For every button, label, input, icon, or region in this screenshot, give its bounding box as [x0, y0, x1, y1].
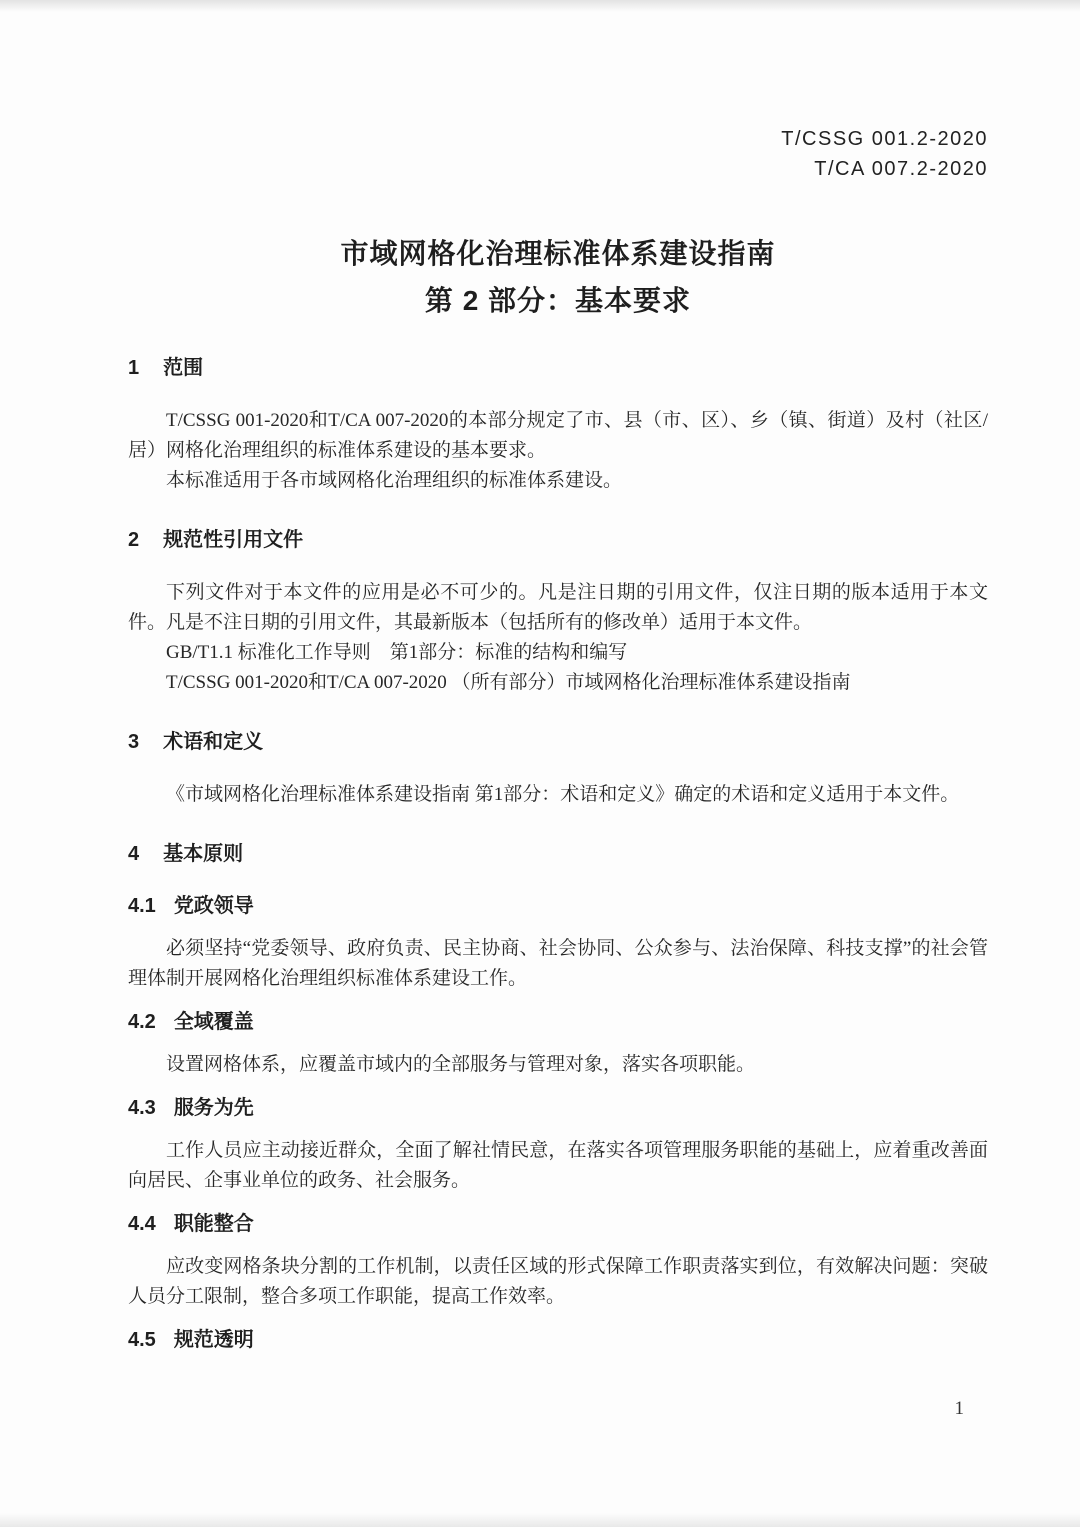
document-number-primary: T/CSSG 001.2-2020: [128, 124, 988, 154]
section-terms-definitions: 3术语和定义 《市域网格化治理标准体系建设指南 第1部分：术语和定义》确定的术语…: [128, 728, 988, 810]
subsection-party-government-leadership: 4.1党政领导 必须坚持“党委领导、政府负责、民主协商、社会协同、公众参与、法治…: [128, 892, 988, 994]
section-heading: 3术语和定义: [128, 728, 988, 756]
paragraph: 应改变网格条块分割的工作机制，以责任区域的形式保障工作职责落实到位，有效解决问题…: [128, 1252, 988, 1312]
subsection-number: 4.2: [128, 1008, 156, 1036]
subsection-title: 职能整合: [174, 1213, 254, 1235]
subsection-number: 4.4: [128, 1210, 156, 1238]
subsection-heading: 4.4职能整合: [128, 1210, 988, 1238]
subsection-heading: 4.5规范透明: [128, 1326, 988, 1354]
scan-artifact-bottom: [0, 1513, 1080, 1527]
section-title: 术语和定义: [163, 731, 263, 753]
section-number: 2: [128, 526, 139, 554]
subsection-number: 4.5: [128, 1326, 156, 1354]
subsection-title: 全域覆盖: [174, 1011, 254, 1033]
subsection-number: 4.1: [128, 892, 156, 920]
section-heading: 1范围: [128, 354, 988, 382]
page-content: T/CSSG 001.2-2020 T/CA 007.2-2020 市域网格化治…: [0, 0, 1080, 1354]
subsection-title: 党政领导: [174, 895, 254, 917]
section-heading: 2规范性引用文件: [128, 526, 988, 554]
subsection-function-integration: 4.4职能整合 应改变网格条块分割的工作机制，以责任区域的形式保障工作职责落实到…: [128, 1210, 988, 1312]
section-number: 4: [128, 840, 139, 868]
paragraph: 工作人员应主动接近群众，全面了解社情民意，在落实各项管理服务职能的基础上，应着重…: [128, 1136, 988, 1196]
reference-item: T/CSSG 001-2020和T/CA 007-2020 （所有部分）市域网格…: [128, 668, 988, 698]
section-title: 范围: [163, 357, 203, 379]
section-title: 基本原则: [163, 843, 243, 865]
paragraph: 必须坚持“党委领导、政府负责、民主协商、社会协同、公众参与、法治保障、科技支撑”…: [128, 934, 988, 994]
paragraph: 设置网格体系，应覆盖市域内的全部服务与管理对象，落实各项职能。: [128, 1050, 988, 1080]
document-title-line2: 第 2 部分：基本要求: [128, 277, 988, 324]
section-normative-references: 2规范性引用文件 下列文件对于本文件的应用是必不可少的。凡是注日期的引用文件，仅…: [128, 526, 988, 698]
subsection-heading: 4.3服务为先: [128, 1094, 988, 1122]
subsection-standard-transparency: 4.5规范透明: [128, 1326, 988, 1354]
paragraph: 《市域网格化治理标准体系建设指南 第1部分：术语和定义》确定的术语和定义适用于本…: [128, 780, 988, 810]
reference-item: GB/T1.1 标准化工作导则 第1部分：标准的结构和编写: [128, 638, 988, 668]
subsection-full-coverage: 4.2全域覆盖 设置网格体系，应覆盖市域内的全部服务与管理对象，落实各项职能。: [128, 1008, 988, 1080]
subsection-service-first: 4.3服务为先 工作人员应主动接近群众，全面了解社情民意，在落实各项管理服务职能…: [128, 1094, 988, 1196]
subsection-number: 4.3: [128, 1094, 156, 1122]
section-heading: 4基本原则: [128, 840, 988, 868]
subsection-title: 服务为先: [174, 1097, 254, 1119]
section-number: 1: [128, 354, 139, 382]
document-numbers: T/CSSG 001.2-2020 T/CA 007.2-2020: [128, 124, 988, 184]
subsection-heading: 4.2全域覆盖: [128, 1008, 988, 1036]
subsection-heading: 4.1党政领导: [128, 892, 988, 920]
document-title-line1: 市域网格化治理标准体系建设指南: [128, 230, 988, 277]
paragraph: 本标准适用于各市域网格化治理组织的标准体系建设。: [128, 466, 988, 496]
paragraph: T/CSSG 001-2020和T/CA 007-2020的本部分规定了市、县（…: [128, 406, 988, 466]
standard-document-page: T/CSSG 001.2-2020 T/CA 007.2-2020 市域网格化治…: [0, 0, 1080, 1527]
section-number: 3: [128, 728, 139, 756]
paragraph: 下列文件对于本文件的应用是必不可少的。凡是注日期的引用文件，仅注日期的版本适用于…: [128, 578, 988, 638]
section-scope: 1范围 T/CSSG 001-2020和T/CA 007-2020的本部分规定了…: [128, 354, 988, 496]
document-number-secondary: T/CA 007.2-2020: [128, 154, 988, 184]
page-number: 1: [955, 1398, 965, 1420]
section-title: 规范性引用文件: [163, 529, 303, 551]
subsection-title: 规范透明: [174, 1329, 254, 1351]
section-basic-principles: 4基本原则: [128, 840, 988, 868]
document-title: 市域网格化治理标准体系建设指南 第 2 部分：基本要求: [128, 230, 988, 324]
